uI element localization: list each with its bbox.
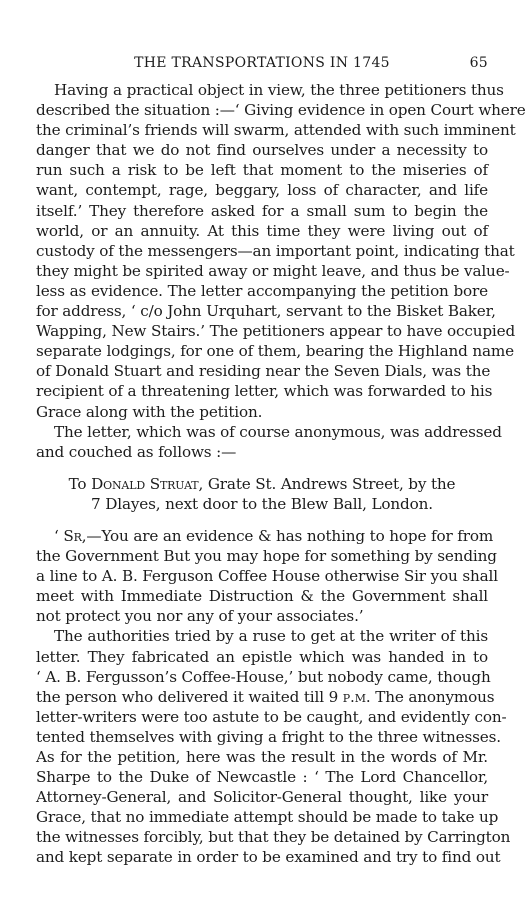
text-line: Wapping, New Stairs.’ The petitioners ap… xyxy=(36,321,488,341)
text-line: run such a risk to be left that moment t… xyxy=(36,160,488,180)
text-line: custody of the messengers—an important p… xyxy=(36,241,488,261)
address-rest: , Grate St. Andrews Street, by the xyxy=(198,475,455,493)
book-page: THE TRANSPORTATIONS IN 1745 65 Having a … xyxy=(36,50,488,868)
salutation: ‘ Sr, xyxy=(54,527,86,545)
running-title: THE TRANSPORTATIONS IN 1745 xyxy=(36,50,458,76)
text-line: a line to A. B. Ferguson Coffee House ot… xyxy=(36,566,488,586)
text-line: the person who delivered it waited till … xyxy=(36,687,488,707)
addressee-name: Donald Struat xyxy=(91,475,198,493)
text-line: not protect you nor any of your associat… xyxy=(36,606,488,626)
paragraph-authorities: The authorities tried by a ruse to get a… xyxy=(36,626,488,867)
letter-body: ‘ Sr,—You are an evidence & has nothing … xyxy=(36,526,488,626)
text-line: The letter, which was of course anonymou… xyxy=(36,422,488,442)
text-line: the criminal’s friends will swarm, atten… xyxy=(36,120,488,140)
letter-text: —You are an evidence & has nothing to ho… xyxy=(86,527,493,545)
letter-address: To Donald Struat, Grate St. Andrews Stre… xyxy=(36,474,488,514)
text-line: described the situation :—‘ Giving evide… xyxy=(36,100,488,120)
text-line: recipient of a threatening letter, which… xyxy=(36,381,488,401)
running-header: THE TRANSPORTATIONS IN 1745 65 xyxy=(36,50,488,76)
text-line: Attorney-General, and Solicitor-General … xyxy=(36,787,488,807)
text-line: Grace along with the petition. xyxy=(36,402,488,422)
text-line: the witnesses forcibly, but that they be… xyxy=(36,827,488,847)
text-line: letter. They fabricated an epistle which… xyxy=(36,647,488,667)
text-line: itself.’ They therefore asked for a smal… xyxy=(36,201,488,221)
text-line: ‘ Sr,—You are an evidence & has nothing … xyxy=(36,526,488,546)
text-fragment: The anonymous xyxy=(371,688,495,706)
text-line: Sharpe to the Duke of Newcastle : ‘ The … xyxy=(36,767,488,787)
text-line: want, contempt, rage, beggary, loss of c… xyxy=(36,180,488,200)
address-prefix: To xyxy=(69,475,91,493)
text-line: of Donald Stuart and residing near the S… xyxy=(36,361,488,381)
text-line: the Government But you may hope for some… xyxy=(36,546,488,566)
text-line: The authorities tried by a ruse to get a… xyxy=(36,626,488,646)
text-line: Grace, that no immediate attempt should … xyxy=(36,807,488,827)
paragraph-letter-intro: The letter, which was of course anonymou… xyxy=(36,422,488,462)
address-line-2: 7 Dlayes, next door to the Blew Ball, Lo… xyxy=(36,494,488,514)
text-line: less as evidence. The letter accompanyin… xyxy=(36,281,488,301)
text-line: world, or an annuity. At this time they … xyxy=(36,221,488,241)
text-line: they might be spirited away or might lea… xyxy=(36,261,488,281)
text-line: danger that we do not find ourselves und… xyxy=(36,140,488,160)
text-line: separate lodgings, for one of them, bear… xyxy=(36,341,488,361)
text-fragment: the person who delivered it waited till … xyxy=(36,688,343,706)
address-line-1: To Donald Struat, Grate St. Andrews Stre… xyxy=(36,474,488,494)
time-pm: p.m. xyxy=(343,688,371,706)
text-line: tented themselves with giving a fright t… xyxy=(36,727,488,747)
text-line: and kept separate in order to be examine… xyxy=(36,847,488,867)
paragraph-petitioners: Having a practical object in view, the t… xyxy=(36,80,488,422)
text-line: meet with Immediate Distruction & the Go… xyxy=(36,586,488,606)
text-line: As for the petition, here was the result… xyxy=(36,747,488,767)
page-number: 65 xyxy=(458,50,488,76)
text-line: Having a practical object in view, the t… xyxy=(36,80,488,100)
text-line: and couched as follows :— xyxy=(36,442,488,462)
text-line: letter-writers were too astute to be cau… xyxy=(36,707,488,727)
text-line: ‘ A. B. Fergusson’s Coffee-House,’ but n… xyxy=(36,667,488,687)
text-line: for address, ‘ c/o John Urquhart, servan… xyxy=(36,301,488,321)
